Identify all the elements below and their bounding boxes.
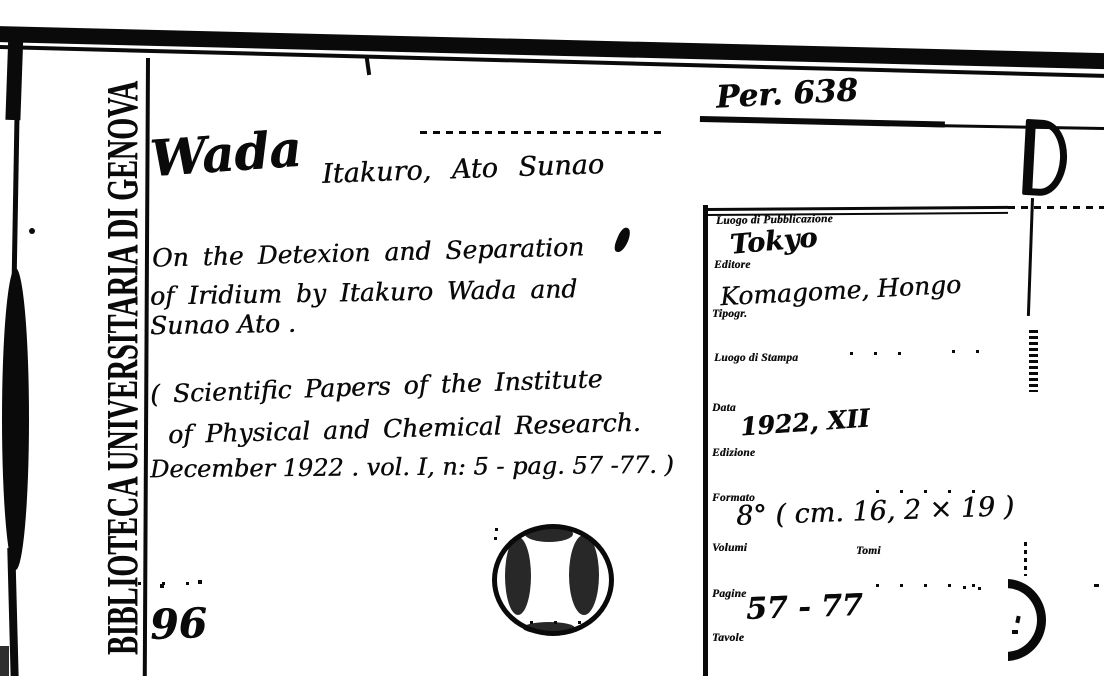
edge-microtext-illegible	[1029, 330, 1038, 392]
scan-speck-top	[365, 58, 371, 75]
field-label-data: Data	[712, 402, 736, 414]
edge-line	[1027, 198, 1034, 316]
library-name-vertical: BIBLIOTECA UNIVERSITARIA DI GENOVA	[97, 81, 148, 655]
panel-left-rule	[703, 205, 708, 676]
field-value-data: 1922, XII	[739, 404, 870, 442]
author-heading-surname: Wada	[148, 119, 303, 188]
edge-dashed-line	[1024, 542, 1027, 576]
dotted-rule-pagine	[876, 584, 990, 587]
ink-blot-icon	[613, 226, 633, 254]
field-label-edizione: Edizione	[712, 447, 755, 459]
field-label-pagine: Pagine	[712, 588, 746, 600]
citation-line-3: December 1922 . vol. I, n: 5 - pag. 57 -…	[150, 451, 674, 484]
stamp-smudge-right	[569, 535, 599, 615]
stamp-smudge-left	[505, 537, 531, 615]
field-value-formato: 8° ( cm. 16, 2 × 19 )	[736, 491, 1015, 532]
dotted-rule-stampa-b	[952, 350, 998, 353]
title-line-1: On the Detexion and Separation	[152, 232, 585, 272]
field-label-editore: Editore	[714, 259, 751, 271]
scan-edge-left-bulge	[2, 268, 29, 570]
field-label-luogo-di-stampa: Luogo di Stampa	[714, 352, 798, 364]
stamp-smudge-top	[525, 526, 573, 542]
citation-line-1: ( Scientific Papers of the Institute	[150, 364, 603, 409]
title-line-3: Sunao Ato .	[150, 309, 296, 341]
scanned-catalog-card: BIBLIOTECA UNIVERSITARIA DI GENOVA Per. …	[0, 0, 1104, 676]
edge-arc-mark-b	[1012, 630, 1018, 634]
panel-top-rule-dashes	[1008, 206, 1104, 209]
library-round-stamp-icon	[492, 524, 614, 636]
shelfmark-underline-ext	[930, 124, 1104, 130]
accession-number: 96	[149, 599, 208, 649]
dotted-rule-formato	[876, 490, 986, 493]
edge-dot-b	[978, 587, 981, 590]
author-heading-given-names: Itakuro, Ato Sunao	[322, 149, 605, 190]
field-label-tomi: Tomi	[856, 545, 881, 557]
field-label-volumi: Volumi	[712, 542, 747, 554]
field-label-tavole: Tavole	[712, 632, 744, 644]
stamp-smudge-bottom	[523, 622, 575, 634]
scan-edge-left-top	[5, 28, 23, 120]
scan-edge-left-corner	[0, 646, 9, 676]
shelfmark-underline	[700, 116, 945, 128]
scan-edge-left-line	[11, 112, 19, 292]
panel-top-rule	[705, 206, 1008, 211]
dotted-rule-stampa-a	[850, 352, 908, 355]
accession-dot-a	[160, 584, 164, 588]
edge-half-stamp-arc-icon	[1008, 577, 1052, 663]
field-value-editore: Komagome, Hongo	[719, 270, 961, 312]
edge-dot-a	[963, 586, 966, 589]
dotted-rule-heading	[420, 131, 665, 134]
citation-line-2: of Physical and Chemical Research.	[168, 408, 641, 449]
title-line-2: of Iridium by Itakuro Wada and	[150, 274, 578, 310]
stamp-dot-a	[495, 528, 498, 531]
edge-dot-c	[1094, 584, 1099, 587]
field-value-pagine: 57 - 77	[745, 588, 863, 627]
stamp-dot-b	[494, 537, 497, 540]
shelfmark-handwritten: Per. 638	[715, 72, 859, 115]
edge-half-stamp-d-icon	[1022, 119, 1069, 197]
field-value-luogo-di-pubblicazione: Tokyo	[729, 222, 819, 261]
scan-dot-left	[29, 228, 35, 234]
accession-dot-b	[198, 580, 202, 584]
